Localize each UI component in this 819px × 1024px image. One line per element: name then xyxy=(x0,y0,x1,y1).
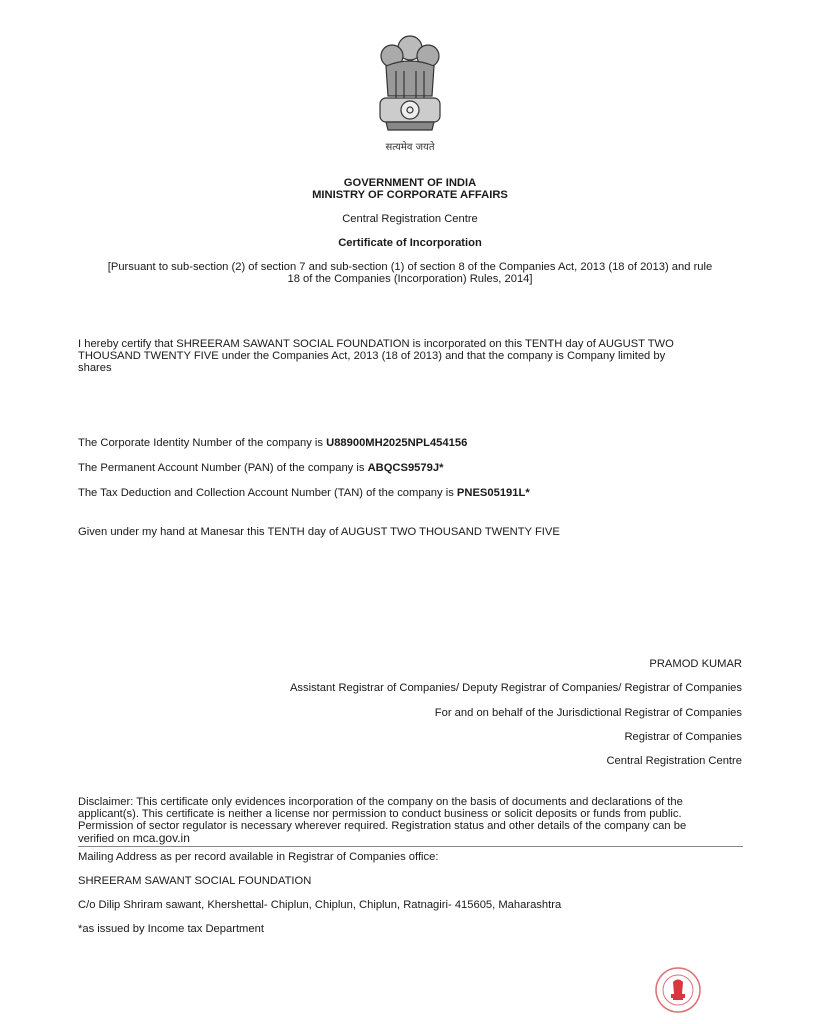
signatory-registrar: Registrar of Companies xyxy=(624,731,742,743)
signatory-designation: Assistant Registrar of Companies/ Deputy… xyxy=(290,682,742,694)
mailing-heading: Mailing Address as per record available … xyxy=(78,851,743,863)
mailing-company: SHREERAM SAWANT SOCIAL FOUNDATION xyxy=(78,875,743,887)
certificate-title: Certificate of Incorporation xyxy=(70,237,750,249)
mailing-address: C/o Dilip Shriram sawant, Khershettal- C… xyxy=(78,899,743,911)
disclaimer-line-2: applicant(s). This certificate is neithe… xyxy=(78,808,743,821)
given-under-hand: Given under my hand at Manesar this TENT… xyxy=(78,526,743,538)
registrar-seal-icon xyxy=(654,966,702,1014)
emblem-motto: सत्यमेव जयते xyxy=(372,139,448,153)
state-emblem-icon xyxy=(372,26,448,136)
certify-line-1: I hereby certify that SHREERAM SAWANT SO… xyxy=(78,338,743,350)
certify-line-3: shares xyxy=(78,362,743,374)
certify-line-2: THOUSAND TWENTY FIVE under the Companies… xyxy=(78,350,743,362)
cin-value: U88900MH2025NPL454156 xyxy=(326,437,467,449)
pan-value: ABQCS9579J* xyxy=(368,462,444,474)
state-emblem: सत्यमेव जयते xyxy=(372,26,448,150)
tan-value: PNES05191L* xyxy=(457,487,530,499)
cin-row: The Corporate Identity Number of the com… xyxy=(78,437,743,449)
separator-rule xyxy=(78,846,743,847)
signatory-centre: Central Registration Centre xyxy=(606,755,742,767)
pursuant-line-2: 18 of the Companies (Incorporation) Rule… xyxy=(70,273,750,285)
pan-label: The Permanent Account Number (PAN) of th… xyxy=(78,462,368,474)
cin-label: The Corporate Identity Number of the com… xyxy=(78,437,326,449)
tan-label: The Tax Deduction and Collection Account… xyxy=(78,487,457,499)
signatory-behalf: For and on behalf of the Jurisdictional … xyxy=(435,707,742,719)
disclaimer-verify-text: verified on xyxy=(78,833,133,845)
header-government: GOVERNMENT OF INDIA xyxy=(70,177,750,189)
registrar-seal xyxy=(654,966,702,1014)
pursuant-line-1: [Pursuant to sub-section (2) of section … xyxy=(70,261,750,273)
header-office: Central Registration Centre xyxy=(70,213,750,225)
footnote: *as issued by Income tax Department xyxy=(78,923,743,935)
tan-row: The Tax Deduction and Collection Account… xyxy=(78,487,743,499)
disclaimer-line-4: verified on mca.gov.in xyxy=(78,832,743,846)
mca-link[interactable]: mca.gov.in xyxy=(133,831,190,845)
signatory-name: PRAMOD KUMAR xyxy=(649,658,742,670)
header-ministry: MINISTRY OF CORPORATE AFFAIRS xyxy=(70,189,750,201)
disclaimer-line-1: Disclaimer: This certificate only eviden… xyxy=(78,796,743,809)
pan-row: The Permanent Account Number (PAN) of th… xyxy=(78,462,743,474)
